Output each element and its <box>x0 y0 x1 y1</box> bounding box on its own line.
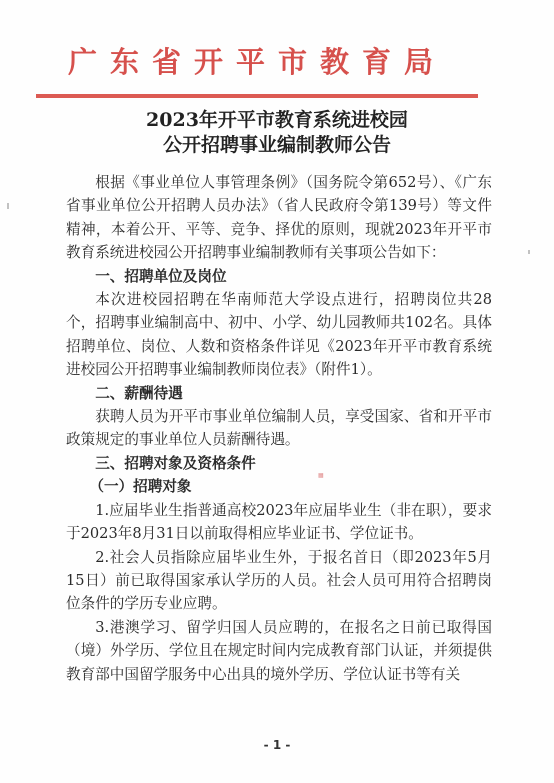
scan-speck <box>7 203 9 209</box>
section-3-item-2: 2.社会人员指除应届毕业生外，于报名首日（即2023年5月15日）前已取得国家承… <box>66 546 492 616</box>
section-1-paragraph: 本次进校园招聘在华南师范大学设点进行，招聘岗位共28个，招聘事业编制高中、初中、… <box>66 288 492 382</box>
page-number: - 1 - <box>0 738 554 752</box>
section-3-item-1: 1.应届毕业生指普通高校2023年应届毕业生（非在职），要求于2023年8月31… <box>66 499 492 546</box>
section-heading-1: 一、招聘单位及岗位 <box>66 265 492 288</box>
section-heading-2: 二、薪酬待遇 <box>66 382 492 405</box>
section-2-paragraph: 获聘人员为开平市事业单位编制人员，享受国家、省和开平市政策规定的事业单位人员薪酬… <box>66 405 492 452</box>
scan-speck <box>528 250 530 254</box>
section-heading-3: 三、招聘对象及资格条件 <box>66 452 492 475</box>
subsection-heading-recruitment-targets: （一）招聘对象 <box>66 475 492 498</box>
document-body: 根据《事业单位人事管理条例》（国务院令第652号）、《广东省事业单位公开招聘人员… <box>66 171 492 686</box>
document-page: 广东省开平市教育局 2023年开平市教育系统进校园 公开招聘事业编制教师公告 根… <box>0 0 554 783</box>
organization-header: 广东省开平市教育局 <box>36 42 478 82</box>
title-line-1: 2023年开平市教育系统进校园 <box>60 108 494 133</box>
red-header-rule <box>36 94 478 98</box>
title-line-2: 公开招聘事业编制教师公告 <box>60 133 494 158</box>
intro-paragraph: 根据《事业单位人事管理条例》（国务院令第652号）、《广东省事业单位公开招聘人员… <box>66 171 492 265</box>
document-title: 2023年开平市教育系统进校园 公开招聘事业编制教师公告 <box>60 108 494 158</box>
section-3-item-3: 3.港澳学习、留学归国人员应聘的，在报名之日前已取得国（境）外学历、学位且在规定… <box>66 616 492 686</box>
red-stamp-mark-icon: ▦ <box>318 472 324 480</box>
